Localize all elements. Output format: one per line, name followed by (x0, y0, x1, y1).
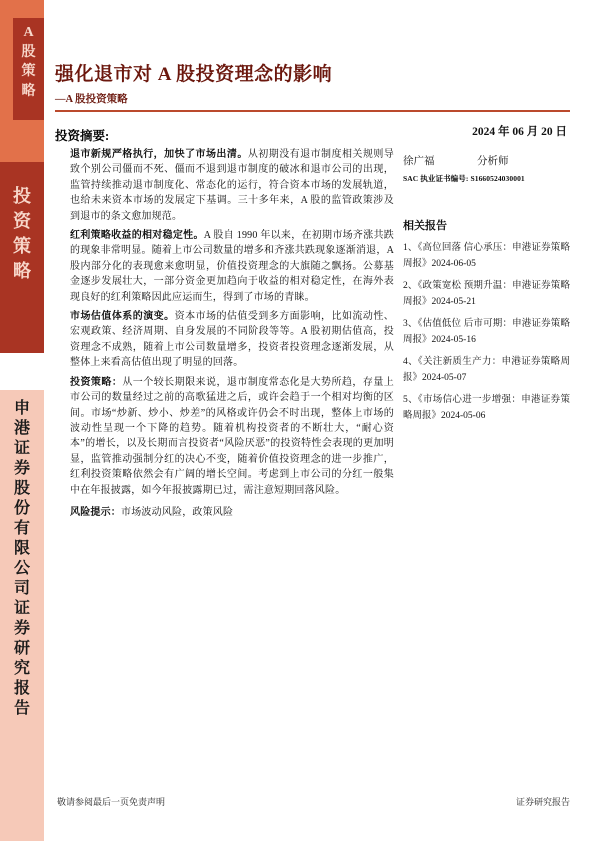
paragraph-strategy: 投资策略：从一个较长期限来说，退市制度常态化是大势所趋，存量上市公司的数量经过之… (70, 375, 394, 498)
paragraph-lead: 红利策略收益的相对稳定性。 (70, 230, 204, 241)
paragraph-delisting: 退市新规严格执行，加快了市场出清。从初期没有退市制度相关规则导致个别公司僵而不死… (70, 147, 394, 224)
related-reports-list: 1、《高位回落 信心承压：申港证券策略周报》2024-06-05 2、《政策宽松… (403, 241, 570, 424)
analyst-name: 徐广福 (403, 153, 477, 168)
related-reports-heading: 相关报告 (403, 217, 570, 233)
paragraph-risk: 风险提示：市场波动风险，政策风险 (70, 505, 394, 520)
paragraph-text: 从一个较长期限来说，退市制度常态化是大势所趋，存量上市公司的数量经过之前的高歌猛… (70, 377, 394, 496)
related-report-item: 4、《关注新质生产力：申港证券策略周报》2024-05-07 (403, 355, 570, 386)
sidebar-category-badge: A股策略 (13, 18, 44, 120)
related-report-item: 5、《市场信心进一步增强：申港证券策略周报》2024-05-06 (403, 393, 570, 424)
sidebar-section-label: 投资策略 (0, 162, 44, 353)
summary-body: 退市新规严格执行，加快了市场出清。从初期没有退市制度相关规则导致个别公司僵而不死… (70, 147, 394, 524)
paragraph-text: 市场波动风险，政策风险 (121, 507, 233, 518)
footer-doc-type: 证券研究报告 (400, 795, 570, 808)
paragraph-dividend: 红利策略收益的相对稳定性。A 股自 1990 年以来，在初期市场齐涨共跌的现象非… (70, 228, 394, 305)
paragraph-lead: 风险提示： (70, 507, 121, 518)
related-report-item: 2、《政策宽松 预期升温：申港证券策略周报》2024-05-21 (403, 279, 570, 310)
summary-heading: 投资摘要: (55, 126, 109, 144)
report-title: 强化退市对 A 股投资理念的影响 (55, 59, 570, 86)
footer-disclaimer: 敬请参阅最后一页免责声明 (57, 795, 165, 808)
analyst-sac-number: SAC 执业证书编号: S1660524030001 (403, 173, 570, 184)
related-report-item: 3、《估值低位 后市可期：申港证券策略周报》2024-05-16 (403, 317, 570, 348)
report-date: 2024 年 06 月 20 日 (400, 123, 567, 139)
analyst-row: 徐广福 分析师 (403, 153, 570, 168)
paragraph-lead: 市场估值体系的演变。 (70, 311, 175, 322)
report-subtitle: —A 股投资策略 (55, 91, 128, 106)
related-report-item: 1、《高位回落 信心承压：申港证券策略周报》2024-06-05 (403, 241, 570, 272)
paragraph-lead: 投资策略： (70, 377, 122, 388)
paragraph-valuation: 市场估值体系的演变。资本市场的估值受到多方面影响，比如流动性、宏观政策、经济周期… (70, 309, 394, 371)
report-page: A股策略 投资策略 申港证券股份有限公司证券研究报告 强化退市对 A 股投资理念… (0, 0, 595, 841)
paragraph-lead: 退市新规严格执行，加快了市场出清。 (70, 149, 248, 160)
sidebar-company-label: 申港证券股份有限公司证券研究报告 (0, 390, 44, 841)
info-column: 徐广福 分析师 SAC 执业证书编号: S1660524030001 相关报告 … (403, 153, 570, 431)
title-divider (55, 110, 570, 112)
analyst-role: 分析师 (477, 153, 509, 168)
